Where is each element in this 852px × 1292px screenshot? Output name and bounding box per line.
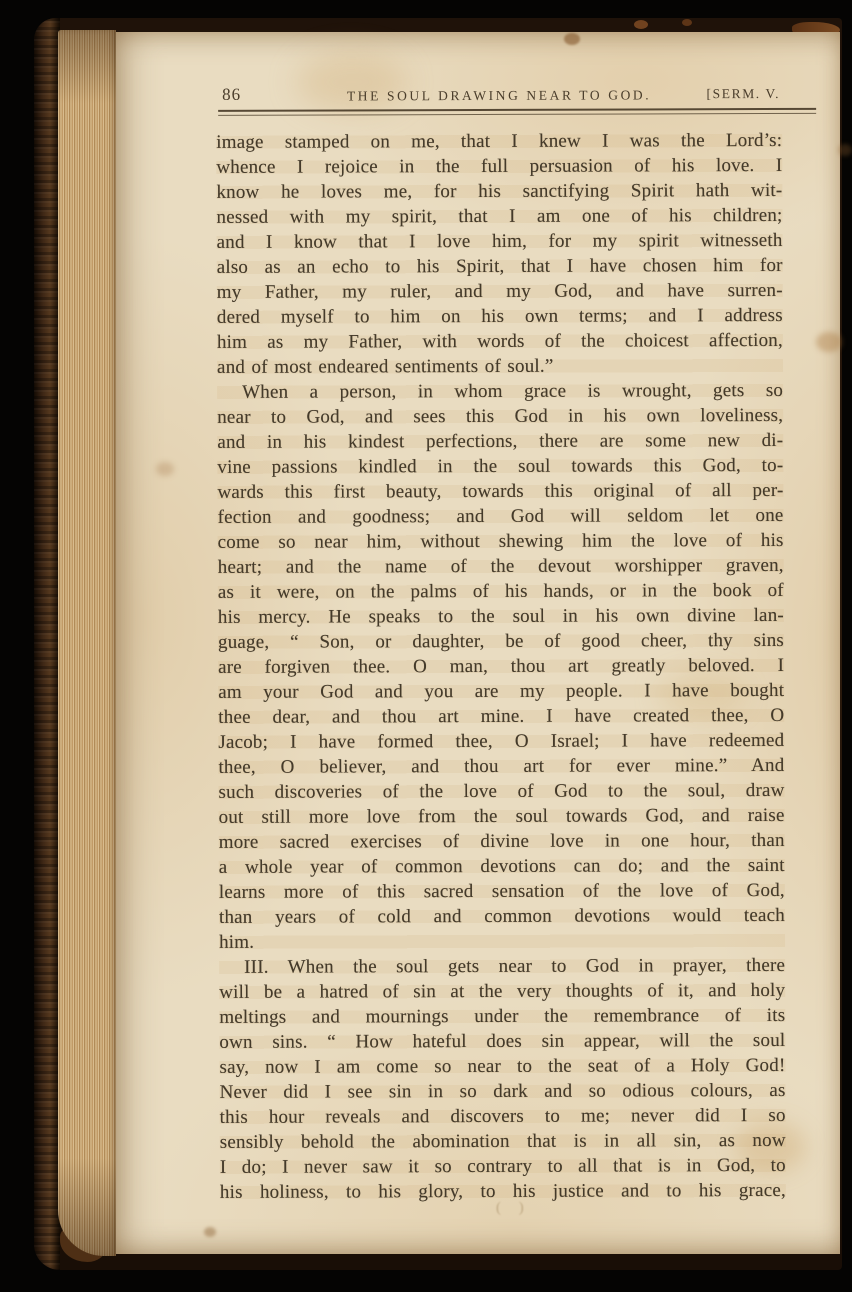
text-line: such discoveries of the love of God to t… xyxy=(218,778,784,805)
text-line: will be a hatred of sin at the very thou… xyxy=(219,978,785,1005)
text-line: say, now I am come so near to the seat o… xyxy=(219,1053,785,1080)
double-rule xyxy=(218,108,816,116)
text-line: I do; I never saw it so contrary to all … xyxy=(220,1153,786,1180)
book-page: 86 THE SOUL DRAWING NEAR TO GOD. [SERM. … xyxy=(116,32,840,1254)
text-line: wards this first beauty, towards this or… xyxy=(217,478,783,505)
text-line: know he loves me, for his sanctifying Sp… xyxy=(216,178,782,205)
text-line: Never did I see sin in so dark and so od… xyxy=(220,1078,786,1105)
page-edges-stack xyxy=(58,30,116,1256)
text-line: his mercy. He speaks to the soul in his … xyxy=(218,603,784,630)
text-line: heart; and the name of the devout worshi… xyxy=(218,553,784,580)
text-line: and in his kindest perfections, there ar… xyxy=(217,428,783,455)
text-line: him. xyxy=(219,928,785,955)
text-line: also as an echo to his Spirit, that I ha… xyxy=(217,253,783,280)
text-line: and of most endeared sentiments of soul.… xyxy=(217,353,783,380)
page-content: 86 THE SOUL DRAWING NEAR TO GOD. [SERM. … xyxy=(114,31,842,1256)
text-line: as it were, on the palms of his hands, o… xyxy=(218,578,784,605)
text-line: whence I rejoice in the full persuasion … xyxy=(216,153,782,180)
text-line: nessed with my spirit, that I am one of … xyxy=(216,203,782,230)
text-line: image stamped on me, that I knew I was t… xyxy=(216,128,782,155)
text-line: than years of cold and common devotions … xyxy=(219,903,785,930)
text-line: my Father, my ruler, and my God, and hav… xyxy=(217,278,783,305)
running-head: 86 THE SOUL DRAWING NEAR TO GOD. [SERM. … xyxy=(216,83,782,109)
text-line: III. When the soul gets near to God in p… xyxy=(219,953,785,980)
text-line: dered myself to him on his own terms; an… xyxy=(217,303,783,330)
text-line: guage, “ Son, or daughter, be of good ch… xyxy=(218,628,784,655)
book-spine-edge xyxy=(34,18,60,1270)
text-line: sensibly behold the abomination that is … xyxy=(220,1128,786,1155)
text-line: am your God and you are my people. I hav… xyxy=(218,678,784,705)
text-line: come so near him, without shewing him th… xyxy=(218,528,784,555)
book: 86 THE SOUL DRAWING NEAR TO GOD. [SERM. … xyxy=(34,18,842,1270)
page-number: 86 xyxy=(222,85,241,105)
text-line: thee, O believer, and thou art for ever … xyxy=(218,753,784,780)
text-line: When a person, in whom grace is wrought,… xyxy=(217,378,783,405)
text-line: are forgiven thee. O man, thou art great… xyxy=(218,653,784,680)
text-line: thee dear, and thou art mine. I have cre… xyxy=(218,703,784,730)
text-line: fection and goodness; and God will seldo… xyxy=(218,503,784,530)
text-line: a whole year of common devotions can do;… xyxy=(219,853,785,880)
text-line: out still more love from the soul toward… xyxy=(219,803,785,830)
showthrough-mark: ( ) xyxy=(496,1200,531,1217)
text-line: and I know that I love him, for my spiri… xyxy=(217,228,783,255)
running-title: THE SOUL DRAWING NEAR TO GOD. xyxy=(347,87,651,104)
text-line: own sins. “ How hateful does sin appear,… xyxy=(219,1028,785,1055)
text-line: more sacred exercises of divine love in … xyxy=(219,828,785,855)
text-line: near to God, and sees this God in his ow… xyxy=(217,403,783,430)
text-line: vine passions kindled in the soul toward… xyxy=(217,453,783,480)
text-line: this hour reveals and discovers to me; n… xyxy=(220,1103,786,1130)
leather-blemish xyxy=(682,19,692,26)
leather-blemish xyxy=(634,20,648,29)
text-line: meltings and mournings under the remembr… xyxy=(219,1003,785,1030)
text-line: him as my Father, with words of the choi… xyxy=(217,328,783,355)
body-text: image stamped on me, that I knew I was t… xyxy=(216,128,786,1205)
scan-background: 86 THE SOUL DRAWING NEAR TO GOD. [SERM. … xyxy=(0,0,852,1292)
sermon-marker: [SERM. V. xyxy=(706,86,780,102)
stain xyxy=(838,144,852,156)
text-line: learns more of this sacred sensation of … xyxy=(219,878,785,905)
text-line: Jacob; I have formed thee, O Israel; I h… xyxy=(218,728,784,755)
